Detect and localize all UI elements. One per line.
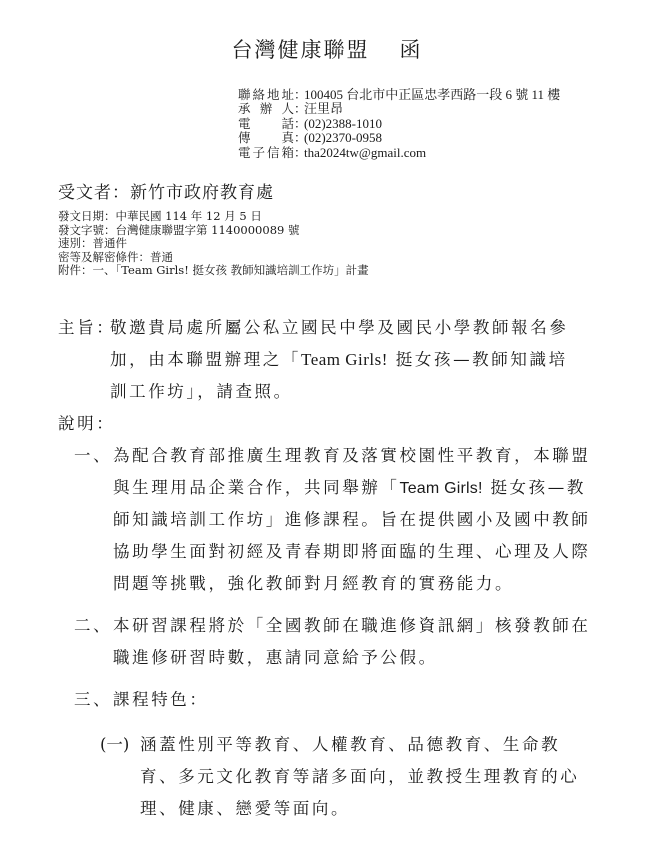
subject-line-2: 加，由本聯盟辦理之「Team Girls! 挺女孩—教師知識培: [110, 346, 568, 370]
program-name-latin: Team Girls!: [301, 350, 388, 369]
meta-doc-number: 發文字號：台灣健康聯盟字第 1140000089 號: [58, 224, 369, 238]
subject-line-1: 敬邀貴局處所屬公私立國民中學及國民小學教師報名參: [110, 314, 568, 338]
item-1-line-1: 為配合教育部推廣生理教育及落實校園性平教育，本聯盟: [113, 442, 591, 466]
document-meta: 發文日期：中華民國 114 年 12 月 5 日 發文字號：台灣健康聯盟字第 1…: [58, 210, 369, 278]
subitem-1-line-2: 育、多元文化教育等諸多面向，並教授生理教育的心: [140, 763, 579, 787]
meta-classification: 密等及解密條件：普通: [58, 251, 369, 265]
contact-address-row: 聯絡地址：100405 台北市中正區忠孝西路一段 6 號 11 樓: [238, 88, 560, 102]
contact-person: 汪里昂: [304, 102, 343, 116]
item-1-line-4: 協助學生面對初經及青春期即將面臨的生理、心理及人際: [113, 538, 591, 562]
recipient-value: 新竹市政府教育處: [130, 183, 274, 203]
document-title: 台灣健康聯盟函: [0, 34, 654, 64]
meta-urgency: 速別：普通件: [58, 237, 369, 251]
document-type: 函: [400, 38, 423, 62]
item-3-line-1: 課程特色：: [113, 686, 209, 710]
contact-address: 100405 台北市中正區忠孝西路一段 6 號 11 樓: [304, 88, 560, 102]
contact-info: 聯絡地址：100405 台北市中正區忠孝西路一段 6 號 11 樓 承 辦 人：…: [238, 88, 560, 160]
subject-line-3: 訓工作坊」，請查照。: [110, 378, 293, 402]
item-2-marker: 二、: [74, 612, 112, 636]
contact-person-row: 承 辦 人：汪里昂: [238, 102, 560, 116]
recipient-label: 受文者：: [58, 183, 130, 203]
contact-label: 傳 真: [238, 131, 294, 145]
subitem-1-line-3: 理、健康、戀愛等面向。: [140, 795, 350, 819]
contact-phone-row: 電 話：(02)2388-1010: [238, 117, 560, 131]
contact-label: 電子信箱: [238, 146, 294, 160]
contact-email: tha2024tw@gmail.com: [304, 146, 426, 160]
item-3-marker: 三、: [74, 686, 112, 710]
contact-label: 聯絡地址: [238, 88, 294, 102]
contact-email-row: 電子信箱：tha2024tw@gmail.com: [238, 146, 560, 160]
contact-label: 承 辦 人: [238, 102, 294, 116]
subitem-1-marker: (一): [100, 731, 129, 755]
item-2-line-1: 本研習課程將於「全國教師在職進修資訊網」核發教師在: [113, 612, 591, 636]
contact-phone: (02)2388-1010: [304, 117, 382, 131]
subject-label: 主旨：: [58, 314, 115, 338]
explanation-label: 說明：: [58, 410, 115, 434]
item-1-marker: 一、: [74, 442, 112, 466]
contact-label: 電 話: [238, 117, 294, 131]
contact-fax-row: 傳 真：(02)2370-0958: [238, 131, 560, 145]
item-1-line-3: 師知識培訓工作坊」進修課程。旨在提供國小及國中教師: [113, 506, 591, 530]
meta-date: 發文日期：中華民國 114 年 12 月 5 日: [58, 210, 369, 224]
item-1-line-5: 問題等挑戰，強化教師對月經教育的實務能力。: [113, 570, 514, 594]
item-1-line-2: 與生理用品企業合作，共同舉辦「Team Girls! 挺女孩—教: [113, 474, 586, 498]
recipient: 受文者：新竹市政府教育處: [58, 178, 274, 203]
meta-attachment: 附件：一、「Team Girls! 挺女孩 教師知識培訓工作坊」計畫: [58, 264, 369, 278]
program-name-latin: Team Girls!: [400, 480, 483, 497]
item-2-line-2: 職進修研習時數，惠請同意給予公假。: [113, 644, 438, 668]
subitem-1-line-1: 涵蓋性別平等教育、人權教育、品德教育、生命教: [140, 731, 560, 755]
organization-name: 台灣健康聯盟: [232, 38, 370, 62]
contact-fax: (02)2370-0958: [304, 131, 382, 145]
